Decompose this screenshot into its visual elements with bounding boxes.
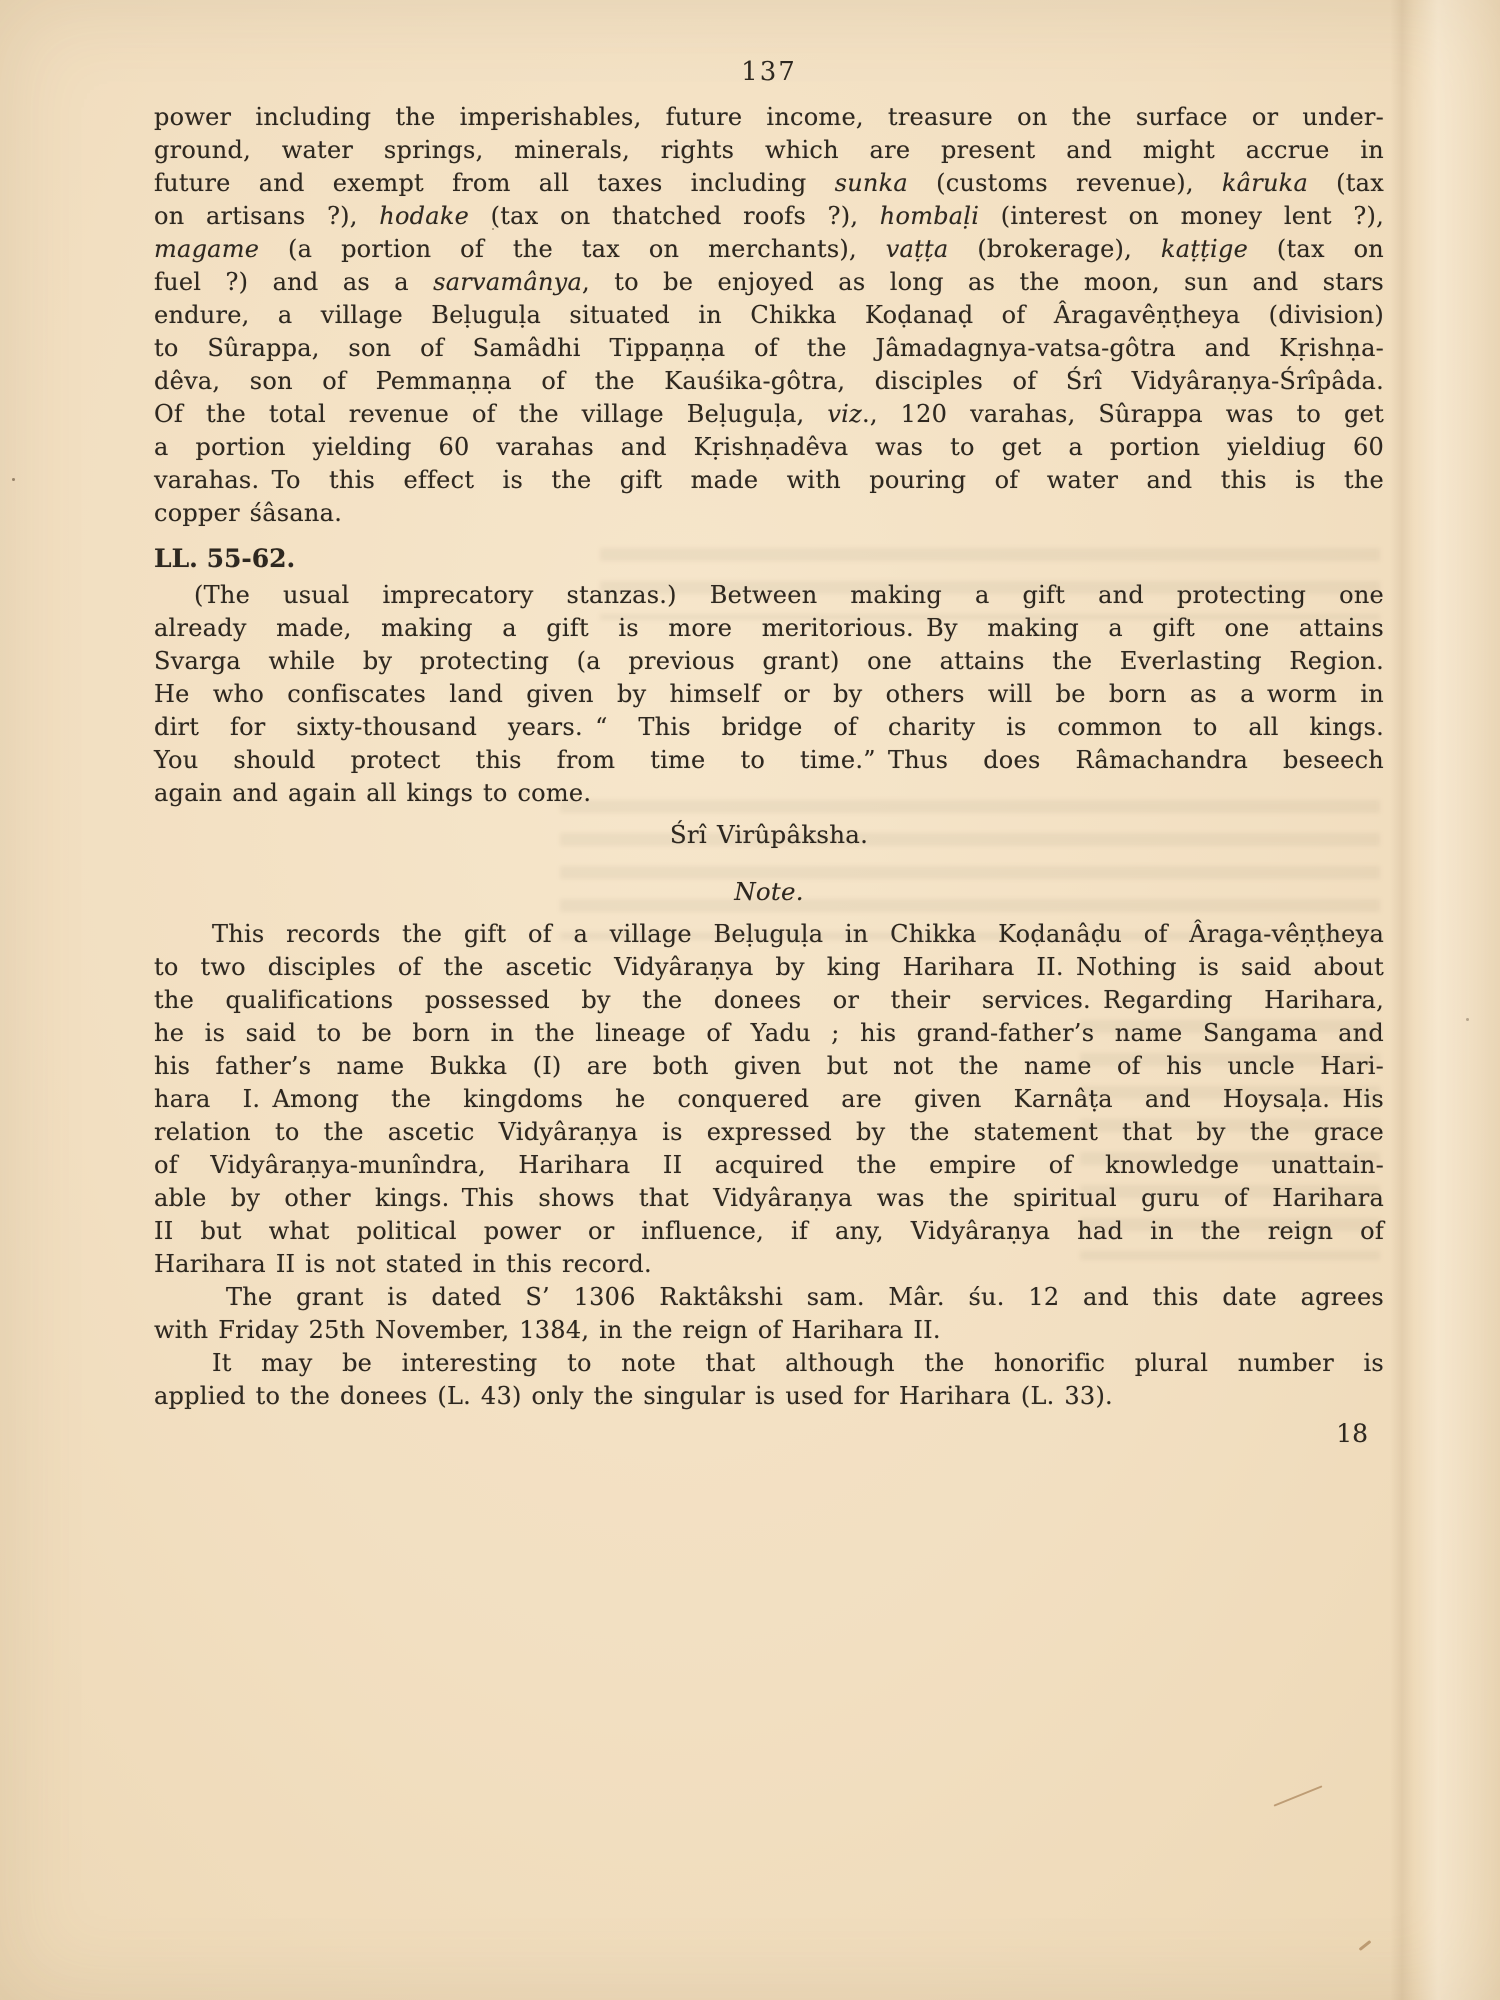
note-heading: Note.	[154, 875, 1384, 908]
text-line: with Friday 25th November, 1384, in the …	[154, 1314, 1384, 1347]
scratch-mark	[1274, 1785, 1323, 1806]
text-block: 137 power including the imperishables, f…	[154, 56, 1384, 1450]
text-line: the qualifications possessed by the done…	[154, 984, 1384, 1017]
paragraph-imprecatory-stanzas: (The usual imprecatory stanzas.) Between…	[154, 579, 1384, 810]
scratch-mark	[1359, 1940, 1372, 1951]
text-line: dirt for sixty-thousand years. “ This br…	[154, 711, 1384, 744]
text-line: power including the imperishables, futur…	[154, 101, 1384, 134]
text-line: copper śâsana.	[154, 497, 1384, 530]
text-line: He who confiscates land given by himself…	[154, 678, 1384, 711]
dust-speck	[1466, 1018, 1469, 1021]
signature-number: 18	[154, 1417, 1384, 1450]
text-line: to two disciples of the ascetic Vidyâraṇ…	[154, 951, 1384, 984]
text-line: Of the total revenue of the village Beḷu…	[154, 398, 1384, 431]
page-number: 137	[154, 56, 1384, 89]
text-line: on artisans ?), hodake (tax on thatched …	[154, 200, 1384, 233]
text-line: a portion yielding 60 varahas and Kṛishṇ…	[154, 431, 1384, 464]
text-line: again and again all kings to come.	[154, 777, 1384, 810]
text-line: You should protect this from time to tim…	[154, 744, 1384, 777]
text-line: varahas. To this effect is the gift made…	[154, 464, 1384, 497]
text-line: already made, making a gift is more meri…	[154, 612, 1384, 645]
text-line: (The usual imprecatory stanzas.) Between…	[154, 579, 1384, 612]
text-line: magame (a portion of the tax on merchant…	[154, 233, 1384, 266]
text-line: Svarga while by protecting (a previous g…	[154, 645, 1384, 678]
text-line: II but what political power or influence…	[154, 1215, 1384, 1248]
paragraph-grant-terms: power including the imperishables, futur…	[154, 101, 1384, 530]
text-line: The grant is dated S’ 1306 Raktâkshi sam…	[154, 1281, 1384, 1314]
text-line: applied to the donees (L. 43) only the s…	[154, 1380, 1384, 1413]
section-heading-lines-55-62: LL. 55-62.	[154, 542, 1384, 575]
salutation: Śrî Virûpâksha.	[154, 818, 1384, 851]
text-line: to Sûrappa, son of Samâdhi Tippaṇṇa of t…	[154, 332, 1384, 365]
text-line: Harihara II is not stated in this record…	[154, 1248, 1384, 1281]
dust-speck	[12, 478, 15, 481]
text-line: This records the gift of a village Beḷug…	[154, 918, 1384, 951]
text-line: he is said to be born in the lineage of …	[154, 1017, 1384, 1050]
text-line: endure, a village Beḷuguḷa situated in C…	[154, 299, 1384, 332]
text-line: It may be interesting to note that altho…	[154, 1347, 1384, 1380]
text-line: of Vidyâraṇya-munîndra, Harihara II acqu…	[154, 1149, 1384, 1182]
paragraph-note-body: This records the gift of a village Beḷug…	[154, 918, 1384, 1281]
text-line: ground, water springs, minerals, rights …	[154, 134, 1384, 167]
text-line: dêva, son of Pemmaṇṇa of the Kauśika-gôt…	[154, 365, 1384, 398]
paragraph-grant-date: The grant is dated S’ 1306 Raktâkshi sam…	[154, 1281, 1384, 1347]
text-line: relation to the ascetic Vidyâraṇya is ex…	[154, 1116, 1384, 1149]
text-line: able by other kings. This shows that Vid…	[154, 1182, 1384, 1215]
scanned-book-page: 137 power including the imperishables, f…	[0, 0, 1500, 2000]
text-line: hara I. Among the kingdoms he conquered …	[154, 1083, 1384, 1116]
text-line: his father’s name Bukka (I) are both giv…	[154, 1050, 1384, 1083]
paragraph-honorific-remark: It may be interesting to note that altho…	[154, 1347, 1384, 1413]
text-line: fuel ?) and as a sarvamânya, to be enjoy…	[154, 266, 1384, 299]
text-line: future and exempt from all taxes includi…	[154, 167, 1384, 200]
